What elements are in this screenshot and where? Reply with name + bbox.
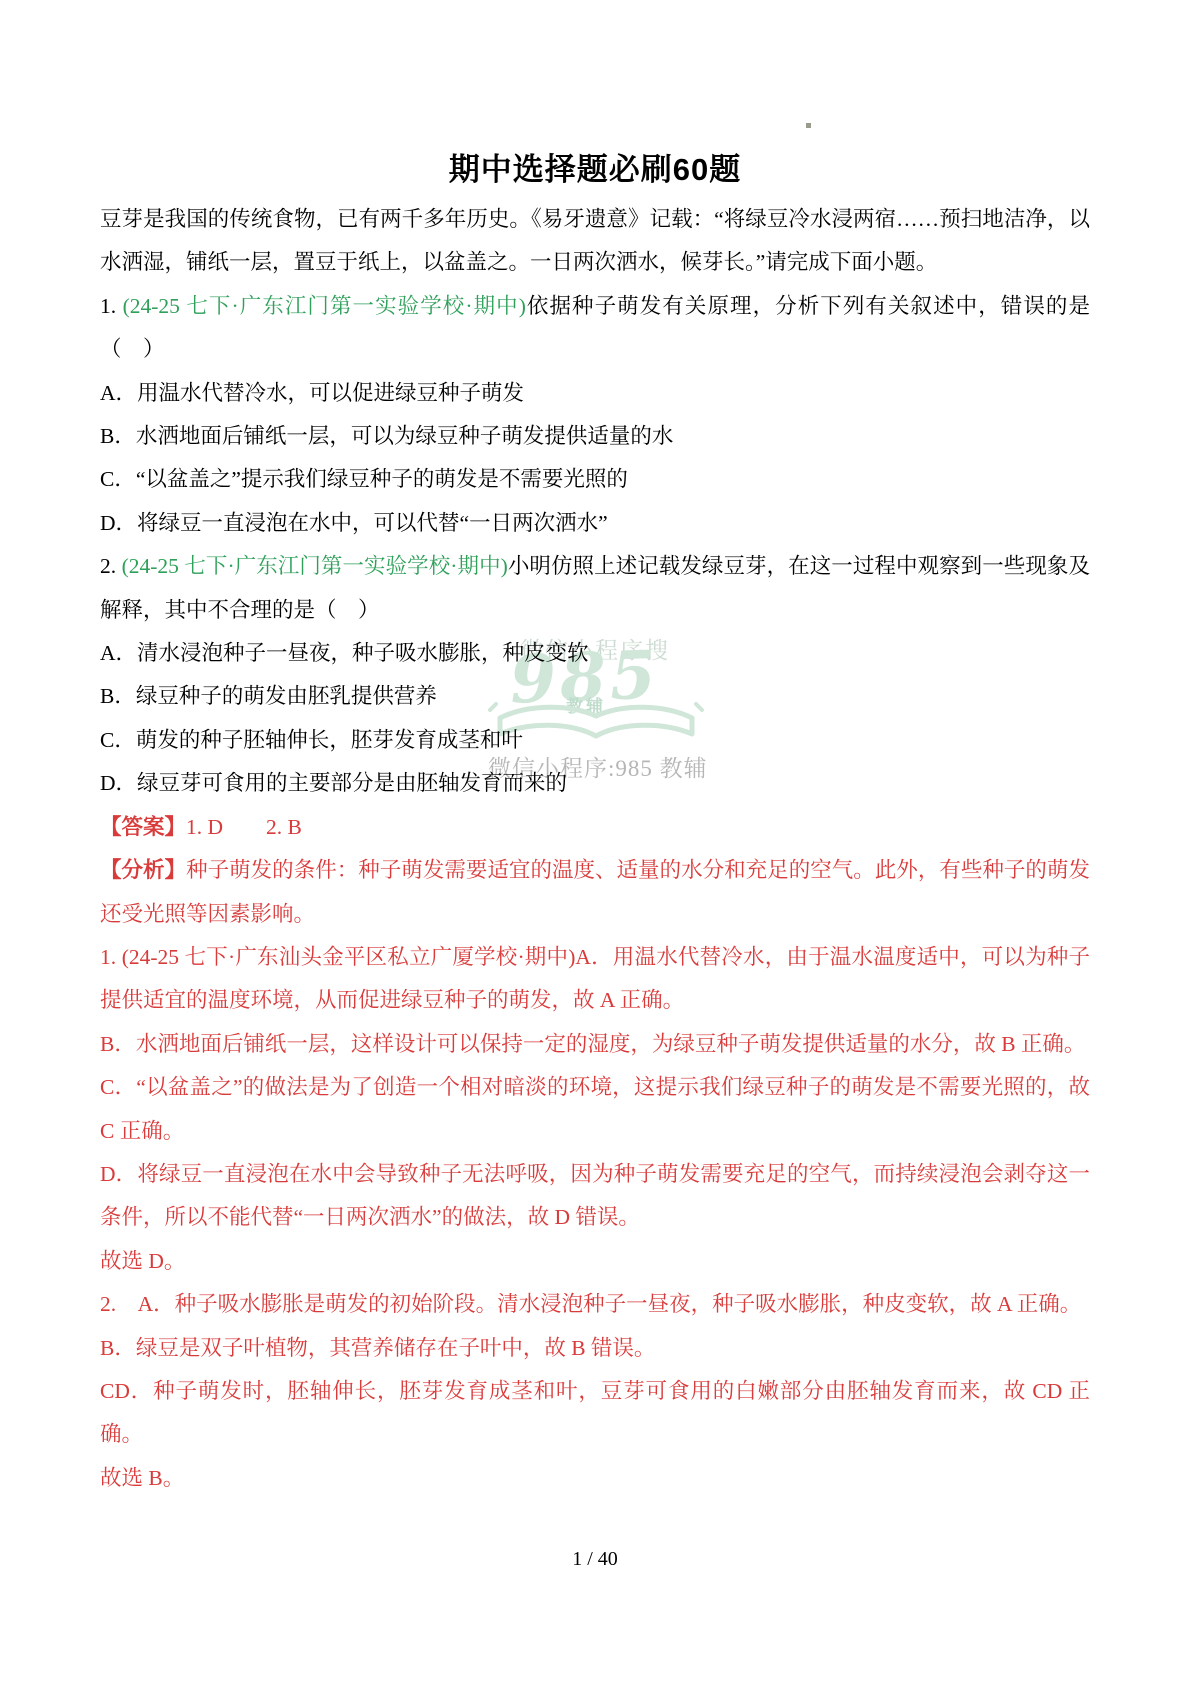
question-1-option-c: C．“以盆盖之”提示我们绿豆种子的萌发是不需要光照的 [100,458,1090,501]
question-2-source: (24-25 七下·广东江门第一实验学校·期中) [122,554,508,578]
stray-dot [806,123,811,128]
question-1-option-a: A．用温水代替冷水，可以促进绿豆种子萌发 [100,372,1090,415]
question-1-source: (24-25 七下·广东江门第一实验学校·期中) [123,294,526,318]
answer-text: 1. D 2. B [186,815,302,839]
intro-paragraph: 豆芽是我国的传统食物，已有两千多年历史。《易牙遗意》记载：“将绿豆冷水浸两宿……… [100,198,1090,285]
question-2-option-c: C．萌发的种子胚轴伸长，胚芽发育成茎和叶 [100,719,1090,762]
explanation-2-conclusion: 故选 B。 [100,1457,1090,1500]
page-number: 1 / 40 [0,1548,1190,1571]
question-2-option-b: B．绿豆种子的萌发由胚乳提供营养 [100,675,1090,718]
question-1-option-b: B．水洒地面后铺纸一层，可以为绿豆种子萌发提供适量的水 [100,415,1090,458]
question-1: 1. (24-25 七下·广东江门第一实验学校·期中)依据种子萌发有关原理，分析… [100,285,1090,372]
analysis-paragraph: 【分析】种子萌发的条件：种子萌发需要适宜的温度、适量的水分和充足的空气。此外，有… [100,849,1090,936]
explanation-2a: 2. A．种子吸水膨胀是萌发的初始阶段。清水浸泡种子一昼夜，种子吸水膨胀，种皮变… [100,1283,1090,1326]
explanation-1b: B．水洒地面后铺纸一层，这样设计可以保持一定的湿度，为绿豆种子萌发提供适量的水分… [100,1023,1090,1066]
explanation-1d: D．将绿豆一直浸泡在水中会导致种子无法呼吸，因为种子萌发需要充足的空气，而持续浸… [100,1153,1090,1240]
explanation-1a: 1. (24-25 七下·广东汕头金平区私立广厦学校·期中)A．用温水代替冷水，… [100,936,1090,1023]
explanation-1c: C．“以盆盖之”的做法是为了创造一个相对暗淡的环境，这提示我们绿豆种子的萌发是不… [100,1066,1090,1153]
page-title: 期中选择题必刷60题 [0,144,1190,189]
document-page: { "document": { "title": "期中选择题必刷60题", "… [0,0,1190,1683]
answer-line: 【答案】1. D 2. B [100,806,1090,849]
question-2: 2. (24-25 七下·广东江门第一实验学校·期中)小明仿照上述记载发绿豆芽，… [100,545,1090,632]
question-2-option-d: D．绿豆芽可食用的主要部分是由胚轴发育而来的 [100,762,1090,805]
explanation-2cd: CD．种子萌发时，胚轴伸长，胚芽发育成茎和叶，豆芽可食用的白嫩部分由胚轴发育而来… [100,1370,1090,1457]
question-1-option-d: D．将绿豆一直浸泡在水中，可以代替“一日两次洒水” [100,502,1090,545]
analysis-text: 种子萌发的条件：种子萌发需要适宜的温度、适量的水分和充足的空气。此外，有些种子的… [100,858,1090,925]
document-body: 豆芽是我国的传统食物，已有两千多年历史。《易牙遗意》记载：“将绿豆冷水浸两宿……… [100,198,1090,1500]
question-1-number: 1. [100,294,123,318]
analysis-label: 【分析】 [100,858,186,882]
question-2-option-a: A．清水浸泡种子一昼夜，种子吸水膨胀，种皮变软 [100,632,1090,675]
answer-label: 【答案】 [100,815,186,839]
question-2-number: 2. [100,554,122,578]
explanation-1-conclusion: 故选 D。 [100,1240,1090,1283]
explanation-2b: B．绿豆是双子叶植物，其营养储存在子叶中，故 B 错误。 [100,1327,1090,1370]
